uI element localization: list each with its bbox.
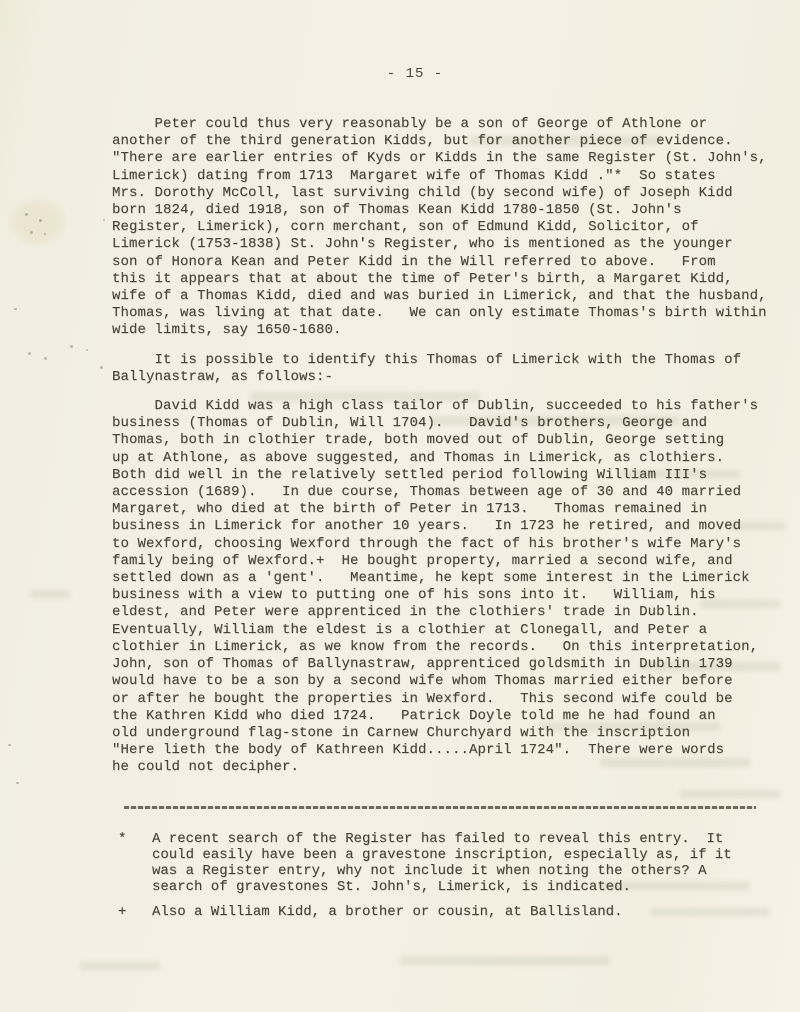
document-body: Peter could thus very reasonably be a so… — [112, 116, 776, 789]
ink-speck — [44, 233, 46, 235]
ink-speck — [16, 782, 19, 784]
ink-speck — [86, 349, 88, 351]
page-number: - 15 - — [0, 66, 800, 82]
paragraph-peter-evidence: Peter could thus very reasonably be a so… — [112, 116, 776, 340]
ink-speck — [100, 366, 103, 369]
bleed-through-artifact — [80, 962, 160, 970]
bleed-through-artifact — [400, 956, 610, 965]
footnote-asterisk-text: A recent search of the Register has fail… — [152, 832, 732, 896]
footnote-marker-plus: + — [112, 905, 152, 921]
footnote-plus-text: Also a William Kidd, a brother or cousin… — [152, 905, 622, 921]
ink-speck — [103, 219, 105, 221]
footnote-marker-asterisk: * — [112, 832, 152, 896]
scanned-document-page: - 15 - Peter could thus very reasonably … — [0, 0, 800, 1012]
ink-speck — [28, 352, 31, 355]
bleed-through-artifact — [30, 590, 70, 598]
ink-speck — [25, 213, 28, 216]
ink-speck — [39, 219, 42, 222]
bleed-through-artifact — [680, 790, 780, 798]
footnotes-section: * A recent search of the Register has fa… — [112, 832, 776, 930]
footnote-divider-rule — [124, 806, 756, 809]
footnote-plus: + Also a William Kidd, a brother or cous… — [112, 905, 776, 921]
footnote-asterisk: * A recent search of the Register has fa… — [112, 832, 776, 896]
paragraph-david-kidd: David Kidd was a high class tailor of Du… — [112, 398, 776, 776]
paragraph-identify-thomas: It is possible to identify this Thomas o… — [112, 352, 776, 386]
ink-speck — [30, 231, 33, 234]
ink-speck — [70, 345, 73, 348]
ink-speck — [8, 744, 11, 746]
ink-speck — [14, 308, 17, 310]
ink-speck — [44, 357, 47, 360]
ink-speck — [12, 200, 64, 244]
